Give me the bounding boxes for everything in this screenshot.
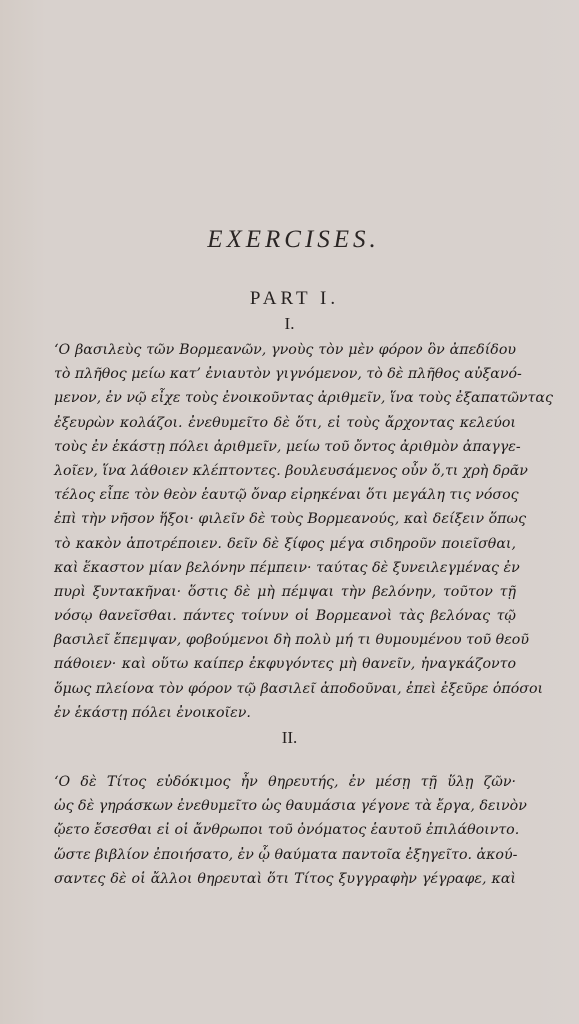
book-page: EXERCISES. PART I. I. ‘Ο βασιλεὺς τῶν Βο… <box>0 0 579 1024</box>
text-line: ὥστε βιβλίον ἐποιήσατο, ἐν ᾧ θαύματα παν… <box>54 843 516 867</box>
page-title: EXERCISES. <box>0 226 579 254</box>
text-line: ἐξευρὼν κολάζοι. ἐνεθυμεῖτο δὲ ὅτι, εἰ τ… <box>54 411 516 435</box>
text-line: ‘Ο δὲ Τίτος εὐδόκιμος ἦν θηρευτής, ἐν μέ… <box>54 770 516 794</box>
text-line: σαντες δὲ οἱ ἄλλοι θηρευταὶ ὅτι Τίτος ξυ… <box>54 867 516 891</box>
text-line: πυρὶ ξυντακῆναι· ὅστις δὲ μὴ πέμψαι τὴν … <box>54 580 516 604</box>
section-number-1: I. <box>0 314 579 334</box>
text-line: τὸ κακὸν ἀποτρέποιεν. δεῖν δὲ ξίφος μέγα… <box>54 532 516 556</box>
text-line: ‘Ο βασιλεὺς τῶν Βορμεανῶν, γνοὺς τὸν μὲν… <box>54 338 516 362</box>
part-heading: PART I. <box>0 288 579 310</box>
text-line: τὸ πλῆθος μείω κατ’ ἐνιαυτὸν γιγνόμενον,… <box>54 362 516 386</box>
text-line: ὡς δὲ γηράσκων ἐνεθυμεῖτο ὡς θαυμάσια γέ… <box>54 794 516 818</box>
text-line: ἐν ἑκάστῃ πόλει ἐνοικοῖεν. <box>54 701 516 725</box>
text-line: ᾤετο ἔσεσθαι εἰ οἱ ἄνθρωποι τοῦ ὀνόματος… <box>54 818 516 842</box>
text-line: καὶ ἕκαστον μίαν βελόνην πέμπειν· ταύτας… <box>54 556 516 580</box>
text-line: τέλος εἶπε τὸν θεὸν ἑαυτῷ ὄναρ εἰρηκέναι… <box>54 483 516 507</box>
text-line: μενον, ἐν νῷ εἶχε τοὺς ἐνοικοῦντας ἀριθμ… <box>54 386 516 410</box>
text-line: βασιλεῖ ἔπεμψαν, φοβούμενοι δὴ πολὺ μή τ… <box>54 628 516 652</box>
text-line: ἐπὶ τὴν νῆσον ἥξοι· φιλεῖν δὲ τοὺς Βορμε… <box>54 507 516 531</box>
exercise-paragraph-2: ‘Ο δὲ Τίτος εὐδόκιμος ἦν θηρευτής, ἐν μέ… <box>54 770 516 891</box>
exercise-paragraph-1: ‘Ο βασιλεὺς τῶν Βορμεανῶν, γνοὺς τὸν μὲν… <box>54 338 516 725</box>
section-number-2: II. <box>0 728 579 748</box>
text-line: πάθοιεν· καὶ οὕτω καίπερ ἐκφυγόντες μὴ θ… <box>54 652 516 676</box>
text-line: νόσῳ θανεῖσθαι. πάντες τοίνυν οἱ Βορμεαν… <box>54 604 516 628</box>
text-line: ὅμως πλείονα τὸν φόρον τῷ βασιλεῖ ἀποδοῦ… <box>54 677 516 701</box>
text-line: τοὺς ἐν ἑκάστῃ πόλει ἀριθμεῖν, μείω τοῦ … <box>54 435 516 459</box>
text-line: λοῖεν, ἵνα λάθοιεν κλέπτοντες. βουλευσάμ… <box>54 459 516 483</box>
